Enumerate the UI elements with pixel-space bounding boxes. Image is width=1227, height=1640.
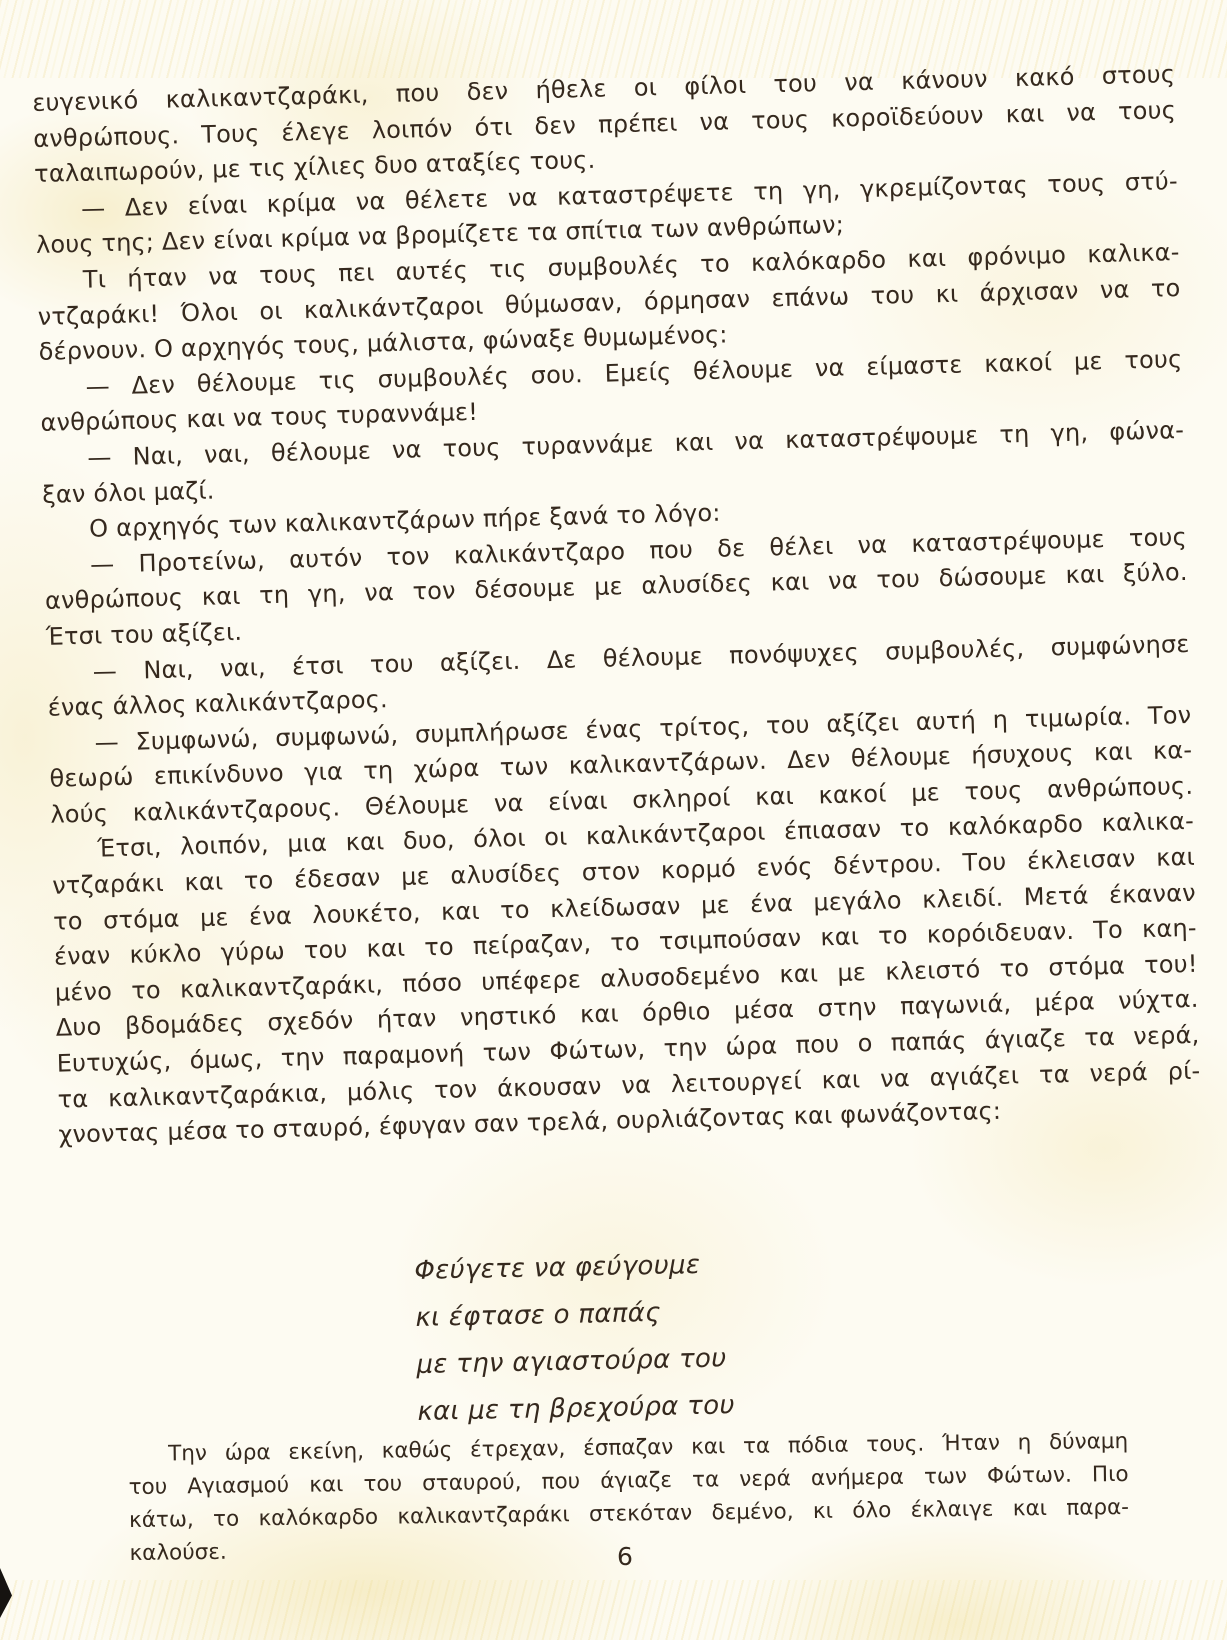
- poem: Φεύγετε να φεύγουμεκι έφτασε ο παπάςμε τ…: [414, 1241, 735, 1436]
- poem-line: κι έφτασε ο παπάς: [415, 1288, 733, 1342]
- poem-line: με την αγιαστούρα του: [416, 1335, 734, 1389]
- book-page-scan: ευγενικό καλικαντζαράκι, που δεν ήθελε ο…: [0, 0, 1227, 1640]
- poem-line: και με τη βρεχούρα του: [417, 1382, 735, 1436]
- page-number: 6: [585, 1542, 665, 1571]
- scan-streaks-bottom: [0, 1580, 1227, 1640]
- story-text: ευγενικό καλικαντζαράκι, που δεν ήθελε ο…: [32, 57, 1202, 1153]
- poem-line: Φεύγετε να φεύγουμε: [414, 1241, 732, 1295]
- scan-artifact: [0, 1568, 12, 1618]
